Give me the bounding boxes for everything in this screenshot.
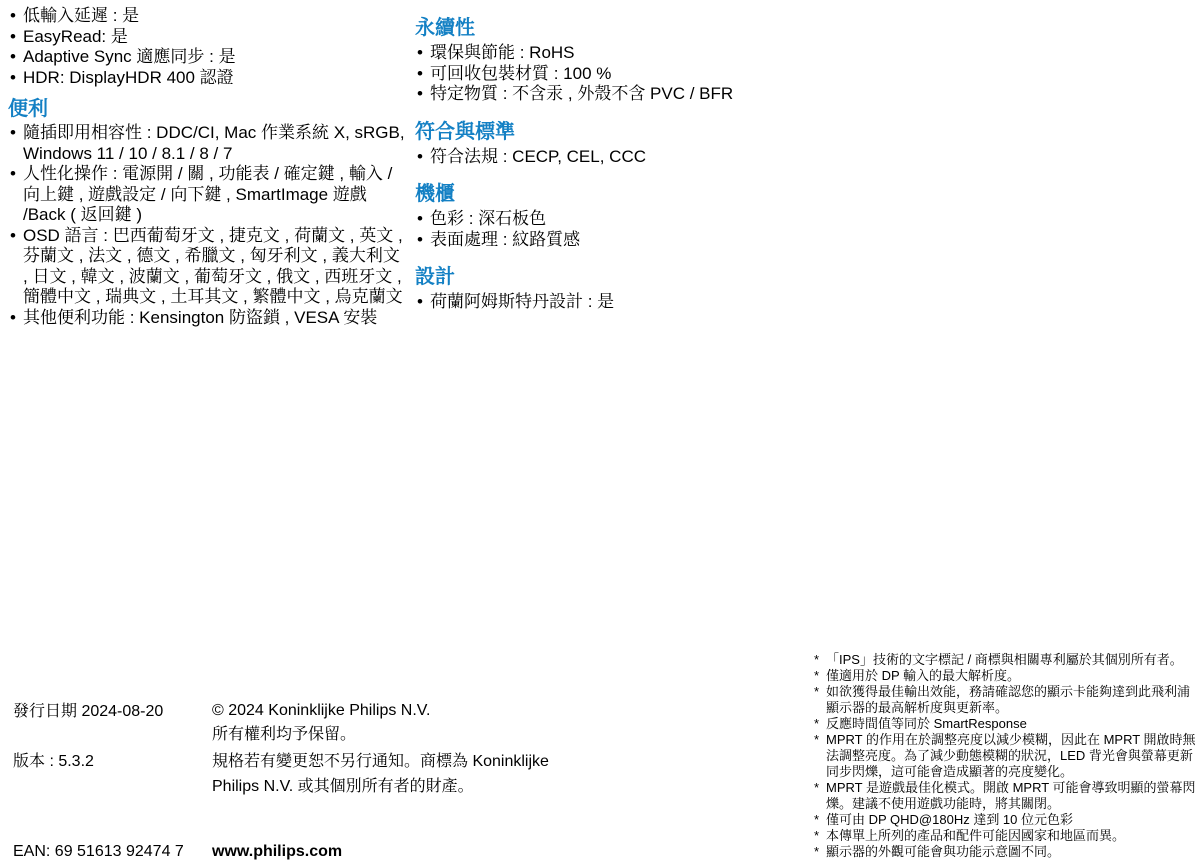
spec-item: OSD 語言 : 巴西葡萄牙文 , 捷克文 , 荷蘭文 , 英文 , 芬蘭文 ,… (8, 226, 408, 308)
ean: EAN: 69 51613 92474 7 (13, 840, 184, 864)
section-heading-sustainability: 永續性 (415, 16, 825, 40)
spec-item: Adaptive Sync 適應同步 : 是 (8, 47, 408, 68)
footnote: MPRT 的作用在於調整亮度以減少模糊，因此在 MPRT 開啟時無法調整亮度。為… (814, 732, 1200, 780)
footnote: 本傳單上所列的產品和配件可能因國家和地區而異。 (814, 828, 1200, 844)
spec-item: EasyRead: 是 (8, 27, 408, 48)
copyright-block: © 2024 Koninklijke Philips N.V. 所有權利均予保留… (212, 699, 430, 747)
issue-date: 發行日期 2024-08-20 (13, 700, 163, 724)
spec-item: 人性化操作 : 電源開 / 關 , 功能表 / 確定鍵 , 輸入 / 向上鍵 ,… (8, 164, 408, 226)
spec-item: 特定物質 : 不含汞 , 外殼不含 PVC / BFR (415, 84, 825, 105)
spec-item: 環保與節能 : RoHS (415, 43, 825, 64)
spec-column-left: 低輸入延遲 : 是 EasyRead: 是 Adaptive Sync 適應同步… (8, 6, 408, 328)
spec-item: 荷蘭阿姆斯特丹設計 : 是 (415, 292, 825, 313)
footnote: MPRT 是遊戲最佳化模式。開啟 MPRT 可能會導致明顯的螢幕閃爍。建議不使用… (814, 780, 1200, 812)
spec-item: 低輸入延遲 : 是 (8, 6, 408, 27)
spec-item: 隨插即用相容性 : DDC/CI, Mac 作業系統 X, sRGB, Wind… (8, 123, 408, 164)
spec-item: 符合法規 : CECP, CEL, CCC (415, 147, 825, 168)
section-heading-compliance: 符合與標準 (415, 120, 825, 144)
footnote: 僅可由 DP QHD@180Hz 達到 10 位元色彩 (814, 812, 1200, 828)
copyright-line: 所有權利均予保留。 (212, 723, 430, 747)
datasheet-page: { "colors": { "heading_blue": "#1380c4",… (0, 0, 1200, 865)
spec-item: 其他便利功能 : Kensington 防盜鎖 , VESA 安裝 (8, 308, 408, 329)
spec-column-middle: 永續性 環保與節能 : RoHS 可回收包裝材質 : 100 % 特定物質 : … (415, 16, 825, 313)
cabinet-spec-list: 色彩 : 深石板色 表面處理 : 紋路質感 (415, 209, 825, 250)
website-link[interactable]: www.philips.com (212, 840, 342, 864)
footnote: 如欲獲得最佳輸出效能，務請確認您的顯示卡能夠達到此飛利浦顯示器的最高解析度與更新… (814, 684, 1200, 716)
spec-item: HDR: DisplayHDR 400 認證 (8, 68, 408, 89)
footnote: 「IPS」技術的文字標記 / 商標與相關專利屬於其個別所有者。 (814, 652, 1200, 668)
compliance-spec-list: 符合法規 : CECP, CEL, CCC (415, 147, 825, 168)
section-heading-convenience: 便利 (8, 97, 408, 121)
section-heading-cabinet: 機櫃 (415, 182, 825, 206)
spec-item: 表面處理 : 紋路質感 (415, 230, 825, 251)
section-heading-design: 設計 (415, 265, 825, 289)
convenience-spec-list: 隨插即用相容性 : DDC/CI, Mac 作業系統 X, sRGB, Wind… (8, 123, 408, 328)
footnote: 僅適用於 DP 輸入的最大解析度。 (814, 668, 1200, 684)
copyright-line: © 2024 Koninklijke Philips N.V. (212, 699, 430, 723)
footnote-list: 「IPS」技術的文字標記 / 商標與相關專利屬於其個別所有者。 僅適用於 DP … (814, 652, 1200, 860)
sustainability-spec-list: 環保與節能 : RoHS 可回收包裝材質 : 100 % 特定物質 : 不含汞 … (415, 43, 825, 105)
footnote: 顯示器的外觀可能會與功能示意圖不同。 (814, 844, 1200, 860)
design-spec-list: 荷蘭阿姆斯特丹設計 : 是 (415, 292, 825, 313)
disclaimer: 規格若有變更恕不另行通知。商標為 Koninklijke Philips N.V… (212, 749, 574, 799)
version: 版本 : 5.3.2 (13, 750, 94, 774)
intro-spec-list: 低輸入延遲 : 是 EasyRead: 是 Adaptive Sync 適應同步… (8, 6, 408, 88)
spec-item: 色彩 : 深石板色 (415, 209, 825, 230)
spec-item: 可回收包裝材質 : 100 % (415, 64, 825, 85)
footnote: 反應時間值等同於 SmartResponse (814, 716, 1200, 732)
